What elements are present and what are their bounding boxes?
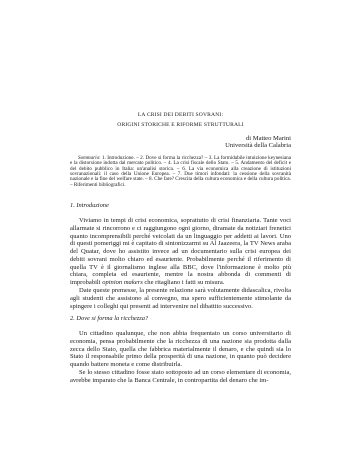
- paragraph-2-2: Se lo stesso cittadino fosse stato sotto…: [70, 369, 291, 385]
- paragraph-1-1: Viviamo in tempi di crisi economica, sop…: [70, 217, 291, 287]
- author-name: di Matteo Marini: [225, 135, 291, 142]
- section-heading-2: 2. Dove si forma la ricchezza?: [70, 315, 148, 322]
- title-line-1: LA CRISI DEI DEBITI SOVRANI:: [70, 112, 291, 118]
- paragraph-1-2: Date queste premesse, la presente relazi…: [70, 287, 291, 310]
- section-heading-1: 1. Introduzione: [70, 202, 109, 209]
- summary: Sommario: 1. Introduzione. – 2. Dove si …: [70, 156, 291, 188]
- paragraph-text: che ritagliano i fatti su misura.: [143, 279, 225, 286]
- title-line-2: ORIGINI STORICHE E RIFORME STRUTTURALI: [70, 122, 291, 128]
- paragraph-text: Viviamo in tempi di crisi economica, sop…: [70, 217, 291, 286]
- author-block: di Matteo Marini Università della Calabr…: [225, 135, 291, 149]
- summary-text: : 1. Introduzione. – 2. Dove si forma la…: [70, 155, 291, 188]
- paragraph-italic: opinion makers: [102, 279, 143, 286]
- author-affiliation: Università della Calabria: [225, 142, 291, 149]
- paragraph-2-1: Un cittadino qualunque, che non abbia fr…: [70, 330, 291, 369]
